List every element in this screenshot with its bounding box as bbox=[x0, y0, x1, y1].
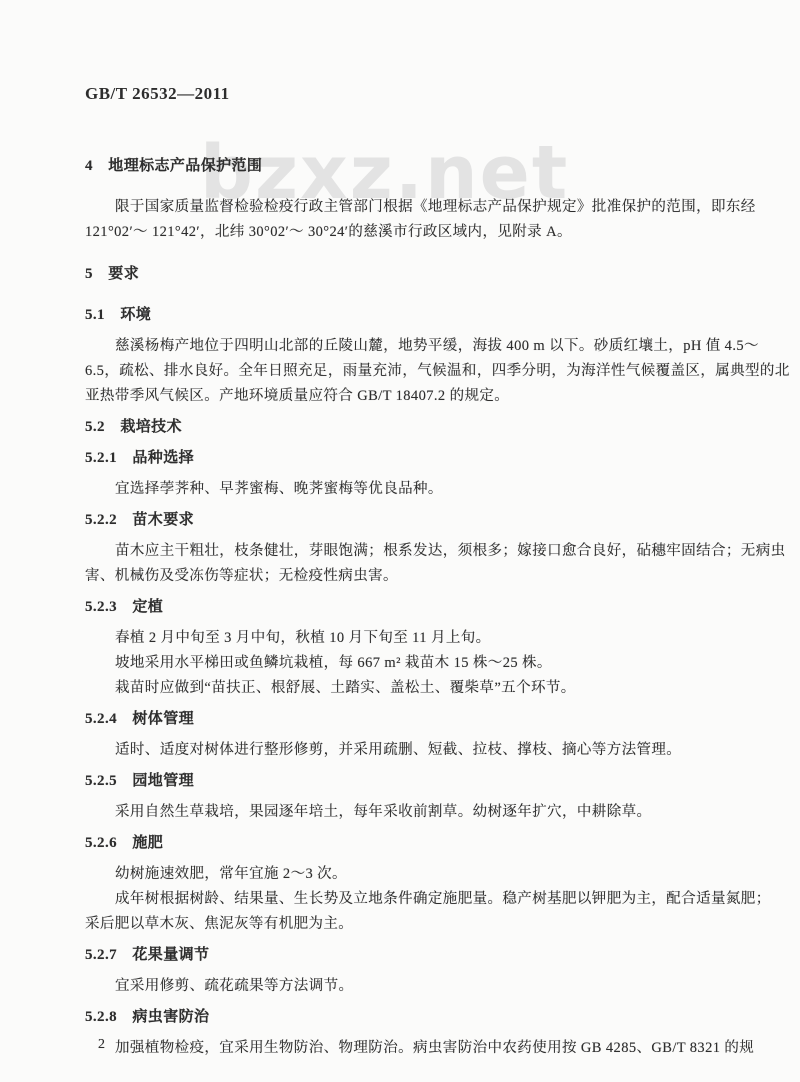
clause-heading: 5 要求 bbox=[85, 262, 743, 287]
standard-number: GB/T 26532—2011 bbox=[85, 84, 230, 104]
paragraph-line: 加强植物检疫，宜采用生物防治、物理防治。病虫害防治中农药使用按 GB 4285、… bbox=[85, 1036, 743, 1061]
paragraph-line: 采用自然生草栽培，果园逐年培土，每年采收前割草。幼树逐年扩穴，中耕除草。 bbox=[85, 800, 743, 825]
clause-heading: 5.2 栽培技术 bbox=[85, 415, 743, 440]
paragraph-line: 适时、适度对树体进行整形修剪，并采用疏删、短截、拉枝、撑枝、摘心等方法管理。 bbox=[85, 738, 743, 763]
paragraph-line: 宜采用修剪、疏花疏果等方法调节。 bbox=[85, 974, 743, 999]
paragraph-line: 121°02′～ 121°42′，北纬 30°02′～ 30°24′的慈溪市行政… bbox=[85, 220, 743, 245]
paragraph-line: 限于国家质量监督检验检疫行政主管部门根据《地理标志产品保护规定》批准保护的范围，… bbox=[85, 195, 743, 220]
document-body: 4 地理标志产品保护范围限于国家质量监督检验检疫行政主管部门根据《地理标志产品保… bbox=[85, 137, 743, 1061]
paragraph-line: 害、机械伤及受冻伤等症状；无检疫性病虫害。 bbox=[85, 564, 743, 589]
paragraph-line: 宜选择荸荠种、早荠蜜梅、晚荠蜜梅等优良品种。 bbox=[85, 477, 743, 502]
document-page: bzxz.net GB/T 26532—2011 4 地理标志产品保护范围限于国… bbox=[0, 0, 800, 1082]
paragraph-line: 坡地采用水平梯田或鱼鳞坑栽植，每 667 m² 栽苗木 15 株～25 株。 bbox=[85, 651, 743, 676]
page-number: 2 bbox=[98, 1032, 105, 1057]
paragraph-line: 6.5，疏松、排水良好。全年日照充足，雨量充沛，气候温和，四季分明，为海洋性气候… bbox=[85, 359, 743, 384]
paragraph-line: 采后肥以草木灰、焦泥灰等有机肥为主。 bbox=[85, 912, 743, 937]
paragraph-line: 幼树施速效肥，常年宜施 2～3 次。 bbox=[85, 862, 743, 887]
clause-heading: 5.2.8 病虫害防治 bbox=[85, 1005, 743, 1030]
clause-heading: 5.1 环境 bbox=[85, 303, 743, 328]
paragraph-line: 慈溪杨梅产地位于四明山北部的丘陵山麓，地势平缓，海拔 400 m 以下。砂质红壤… bbox=[85, 334, 743, 359]
paragraph-line: 苗木应主干粗壮，枝条健壮，芽眼饱满；根系发达，须根多；嫁接口愈合良好，砧穗牢固结… bbox=[85, 539, 743, 564]
paragraph-line: 亚热带季风气候区。产地环境质量应符合 GB/T 18407.2 的规定。 bbox=[85, 384, 743, 409]
clause-heading: 5.2.6 施肥 bbox=[85, 831, 743, 856]
clause-heading: 5.2.4 树体管理 bbox=[85, 707, 743, 732]
clause-heading: 4 地理标志产品保护范围 bbox=[85, 154, 743, 179]
paragraph-line: 栽苗时应做到“苗扶正、根舒展、土踏实、盖松土、覆柴草”五个环节。 bbox=[85, 676, 743, 701]
clause-heading: 5.2.1 品种选择 bbox=[85, 446, 743, 471]
clause-heading: 5.2.2 苗木要求 bbox=[85, 508, 743, 533]
clause-heading: 5.2.7 花果量调节 bbox=[85, 943, 743, 968]
paragraph-line: 成年树根据树龄、结果量、生长势及立地条件确定施肥量。稳产树基肥以钾肥为主，配合适… bbox=[85, 887, 743, 912]
clause-heading: 5.2.5 园地管理 bbox=[85, 769, 743, 794]
paragraph-line: 春植 2 月中旬至 3 月中旬，秋植 10 月下旬至 11 月上旬。 bbox=[85, 626, 743, 651]
clause-heading: 5.2.3 定植 bbox=[85, 595, 743, 620]
